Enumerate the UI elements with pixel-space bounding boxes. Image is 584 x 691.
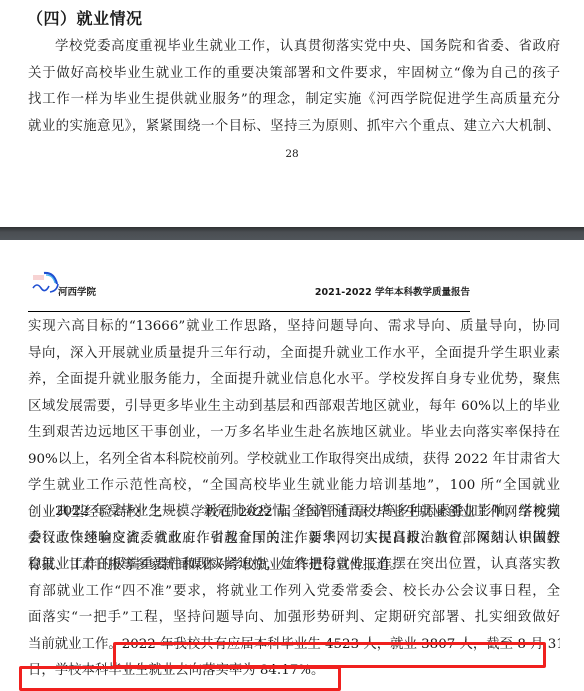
- paragraph-line: 学生就业工作示范性高校，“全国高校毕业生就业能力培训基地”，100 所“全国就业: [28, 473, 560, 500]
- paragraph-line: 就业的实施意见》，紧紧围绕一个目标、坚持三为原则、抓牢六个重点、建立六大机制、: [28, 114, 560, 141]
- paragraph-line: 养，全面提升就业服务能力，全面提升就业信息化水平。学校发挥自身专业优势，聚焦: [28, 367, 560, 394]
- paragraph-line: 区域发展需要，引导更多毕业生主动到基层和西部艰苦地区就业，每年 60%以上的毕业: [28, 394, 560, 421]
- section-heading: （四）就业情况: [27, 6, 143, 29]
- school-logo-icon: [30, 270, 60, 294]
- paragraph-line: 关于做好高校毕业生就业工作的重要决策部署和文件要求，牢固树立“像为自己的孩子: [28, 61, 560, 88]
- highlight-box-placement-rate: [19, 666, 341, 691]
- header-rule: [28, 311, 470, 312]
- paragraph-line: 导向，深入开展就业质量提升三年行动，全面提升就业工作水平，全面提升学生职业素: [28, 341, 560, 368]
- paragraph-line: 实现六高目标的“13666”就业工作思路，坚持问题导向、需求导向、质量导向，协同: [28, 314, 560, 341]
- document-page-28: （四）就业情况 学校党委高度重视毕业生就业工作，认真贯彻落实党中央、国务院和省委…: [0, 0, 584, 227]
- paragraph-line: 育部就业工作“四不准”要求，将就业工作列入党委常委会、校长办公会议事日程，全: [28, 579, 560, 606]
- paragraph-line: 2022 年受毕业生规模、新冠肺炎疫情、经济下行压力等多种因素叠加影响，学校党: [28, 499, 560, 526]
- paragraph-line: 90%以上，名列全省本科院校前列。学校就业工作取得突出成绩，获得 2022 年甘…: [28, 447, 560, 474]
- intro-paragraph: 学校党委高度重视毕业生就业工作，认真贯彻落实党中央、国务院和省委、省政府 关于做…: [28, 34, 560, 140]
- paragraph-line: 生到艰苦边远地区干事创业，一万多名毕业生赴名族地区就业。毕业去向落实率保持在: [28, 420, 560, 447]
- paragraph-line: 学校党委高度重视毕业生就业工作，认真贯彻落实党中央、国务院和省委、省政府: [28, 34, 560, 61]
- school-name: 河西学院: [58, 284, 96, 298]
- paragraph-line: 委行政快速响应省委省政府、省教育厅的工作要求，切实提高政治站位，深刻认识做好: [28, 526, 560, 553]
- paragraph-line: 稳就业工作的极端重要性和现实紧迫性，始终把稳就业工作摆在突出位置，认真落实教: [28, 552, 560, 579]
- paragraph-line: 面落实“一把手”工程，坚持问题导向、加强形势研判、定期研究部署、扎实细致做好: [28, 605, 560, 632]
- page-separator: [0, 227, 584, 240]
- report-title: 2021-2022 学年本科教学质量报告: [315, 284, 470, 298]
- page-number: 28: [0, 148, 584, 160]
- paragraph-line: 找工作一样为毕业生提供就业服务”的理念，制定实施《河西学院促进学生高质量充分: [28, 87, 560, 114]
- highlight-box-graduate-count: [113, 642, 546, 668]
